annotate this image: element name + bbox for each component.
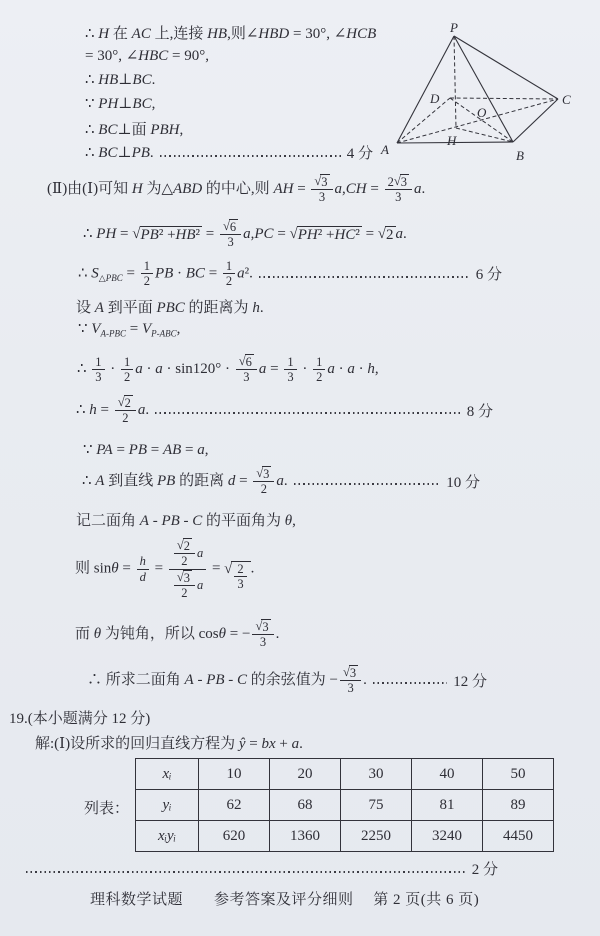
vertex-label-D: D (429, 91, 440, 106)
table-cell: 81 (412, 790, 483, 821)
question-19-heading: 19.(本小题满分 12 分) (9, 707, 150, 728)
math-text: ∴ HB⊥BC. (85, 70, 155, 89)
h-result-line: ∴ h = √22a.8 分 (76, 395, 493, 426)
table-cell: 620 (199, 821, 270, 852)
proof-line-hb-perp-bc: ∴ HB⊥BC. (85, 70, 155, 89)
point-label-O: O (477, 105, 487, 120)
pyramid-figure: P A B C D O H (378, 8, 593, 170)
part2-intro-line: (Ⅱ)由(Ⅰ)可知 H 为△ABD 的中心,则 AH = √33a,CH = 2… (47, 174, 425, 205)
proof-line-bc-perp-plane: ∴ BC⊥面 PBH, (85, 118, 183, 139)
data-table: xᵢ1020304050yᵢ6268758189xᵢyᵢ620136022503… (135, 758, 554, 852)
math-text: ∴ BC⊥PB. (85, 143, 154, 162)
solution-regression-line: 解:(Ⅰ)设所求的回归直线方程为 ŷ = bx + a. (35, 732, 303, 753)
point-label-H: H (446, 133, 457, 148)
dotted-leader (294, 483, 441, 485)
math-text: ∴ h = √22a. (76, 395, 149, 426)
dotted-leader (160, 155, 341, 157)
proof-line-angles-2: = 30°, ∠HBC = 90°, (85, 46, 209, 65)
math-text: ∵ PA = PB = AB = a, (83, 440, 209, 459)
table-header-cell: xᵢyᵢ (136, 821, 199, 852)
edge-DC-dashed (450, 98, 558, 99)
table-row: yᵢ6268758189 (136, 790, 554, 821)
table-cell: 3240 (412, 821, 483, 852)
math-text: (Ⅱ)由(Ⅰ)可知 H 为△ABD 的中心,则 AH = √33a,CH = 2… (47, 174, 425, 205)
dotted-leader (26, 871, 466, 873)
math-text: ∴ 所求二面角 A - PB - C 的余弦值为 −√33. (87, 665, 367, 696)
pa-pb-ab-line: ∵ PA = PB = AB = a, (83, 440, 209, 459)
table-cell: 4450 (483, 821, 554, 852)
dotted-leader (155, 412, 461, 414)
table-row: xᵢyᵢ6201360225032404450 (136, 821, 554, 852)
area-pbc-line: ∴ S△PBC = 12PB · BC = 12a².6 分 (78, 259, 502, 289)
page-footer: 理科数学试题 参考答案及评分细则 第 2 页(共 6 页) (90, 888, 479, 909)
score-mark: 8 分 (467, 400, 493, 421)
ph-pc-line: ∴ PH = √PB² + HB² = √63a,PC = √PH² + HC²… (83, 219, 407, 250)
math-text: 记二面角 A - PB - C 的平面角为 θ, (76, 509, 296, 530)
vertex-label-C: C (562, 92, 571, 107)
dotted-leader (259, 276, 470, 278)
math-text: ∵ PH⊥BC, (85, 94, 155, 113)
table-cell: 68 (270, 790, 341, 821)
volume-equation-line: ∴ 13 · 12a · a · sin120° · √63a = 13 · 1… (77, 354, 379, 385)
score-mark: 12 分 (453, 670, 487, 691)
altitude-PH-dashed (454, 36, 456, 128)
edge-PC (454, 36, 558, 99)
math-text: 解:(Ⅰ)设所求的回归直线方程为 ŷ = bx + a. (35, 732, 303, 753)
proof-line-angles-1: ∴ H 在 AC 上,连接 HB,则∠HBD = 30°, ∠HCB (85, 22, 376, 43)
score-2-line: 2 分 (20, 858, 498, 879)
table-cell: 10 (199, 759, 270, 790)
table-label: 列表： (84, 797, 129, 818)
cos-theta-line: 而 θ 为钝角，所以 cosθ = −√33. (75, 619, 279, 650)
math-text: 而 θ 为钝角，所以 cosθ = −√33. (75, 619, 279, 650)
math-text: ∴ A 到直线 PB 的距离 d = √32a. (82, 466, 288, 497)
distance-d-line: ∴ A 到直线 PB 的距离 d = √32a.10 分 (82, 466, 480, 497)
table-cell: 30 (341, 759, 412, 790)
table-header-cell: xᵢ (136, 759, 199, 790)
table-header-cell: yᵢ (136, 790, 199, 821)
math-text: 19.(本小题满分 12 分) (9, 707, 150, 728)
dotted-leader (373, 682, 447, 684)
proof-line-bc-perp-pb: ∴ BC⊥PB.4 分 (85, 142, 373, 163)
vertex-label-B: B (516, 148, 524, 163)
vertex-label-P: P (449, 20, 458, 35)
table-cell: 20 (270, 759, 341, 790)
table-cell: 89 (483, 790, 554, 821)
conclusion-line: ∴ 所求二面角 A - PB - C 的余弦值为 −√33.12 分 (87, 665, 487, 696)
edge-PA (397, 36, 454, 143)
table-cell: 62 (199, 790, 270, 821)
proof-line-ph-perp-bc: ∵ PH⊥BC, (85, 94, 155, 113)
segment-HB-dashed (456, 128, 513, 142)
math-text: ∴ PH = √PB² + HB² = √63a,PC = √PH² + HC²… (83, 219, 407, 250)
dihedral-def-line: 记二面角 A - PB - C 的平面角为 θ, (76, 509, 296, 530)
math-text: ∴ H 在 AC 上,连接 HB,则∠HBD = 30°, ∠HCB (85, 22, 376, 43)
table-cell: 40 (412, 759, 483, 790)
score-mark: 6 分 (476, 263, 502, 284)
table-cell: 50 (483, 759, 554, 790)
set-distance-line: 设 A 到平面 PBC 的距离为 h. (76, 296, 264, 317)
score-mark: 2 分 (472, 858, 498, 879)
math-text: 设 A 到平面 PBC 的距离为 h. (76, 296, 264, 317)
vertex-label-A: A (380, 142, 389, 157)
exam-answer-page: { "page": { "background": "#e9ecf1", "in… (0, 0, 600, 936)
math-text: 则 sinθ = hd = √22a√32a = √23. (75, 538, 254, 601)
edge-BC (513, 99, 558, 142)
table-row: xᵢ1020304050 (136, 759, 554, 790)
math-text: ∵ VA-PBC = VP-ABC, (78, 319, 180, 339)
sin-theta-line: 则 sinθ = hd = √22a√32a = √23. (75, 538, 254, 601)
score-mark: 4 分 (347, 142, 373, 163)
math-text: ∴ S△PBC = 12PB · BC = 12a². (78, 259, 253, 289)
table-cell: 75 (341, 790, 412, 821)
edge-PB (454, 36, 513, 142)
math-text: ∴ BC⊥面 PBH, (85, 118, 183, 139)
table-cell: 1360 (270, 821, 341, 852)
math-text: = 30°, ∠HBC = 90°, (85, 46, 209, 65)
table-cell: 2250 (341, 821, 412, 852)
volume-equality-line: ∵ VA-PBC = VP-ABC, (78, 319, 180, 339)
math-text: ∴ 13 · 12a · a · sin120° · √63a = 13 · 1… (77, 354, 379, 385)
score-mark: 10 分 (446, 471, 480, 492)
